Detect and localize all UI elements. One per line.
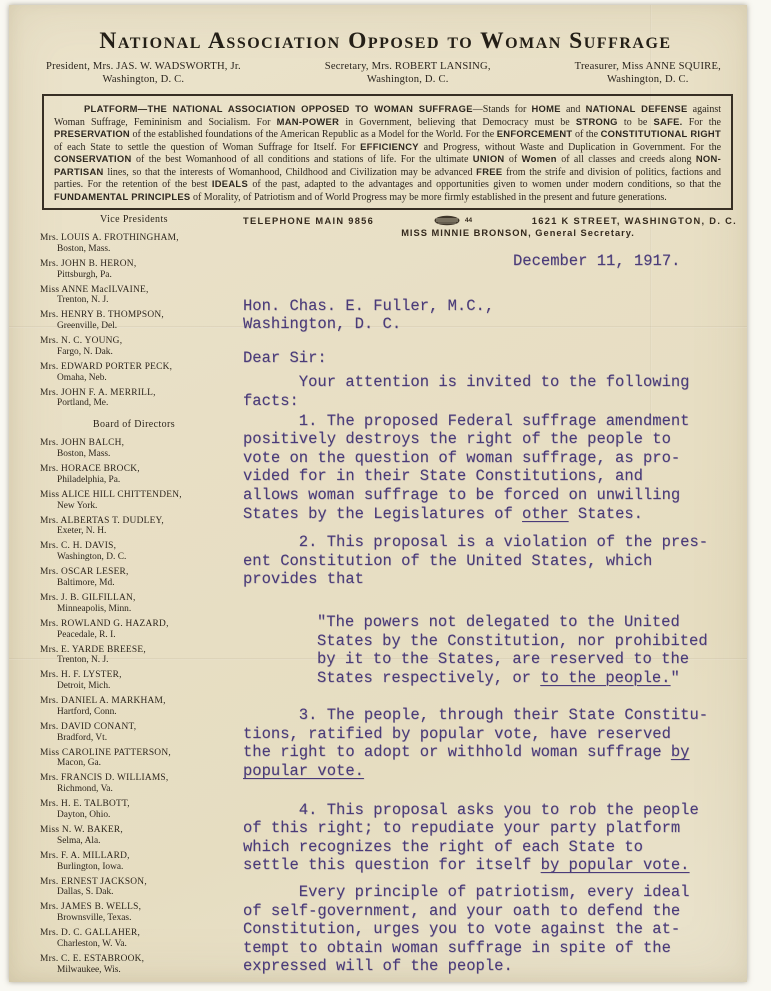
roster-name: Mrs. H. E. TALBOTT,: [34, 799, 234, 810]
list-item: Mrs. ALBERTAS T. DUDLEY,Exeter, N. H.: [34, 516, 234, 538]
roster-name: Mrs. E. YARDE BREESE,: [34, 645, 234, 656]
vice-presidents-list: Mrs. LOUIS A. FROTHINGHAM,Boston, Mass.M…: [34, 233, 234, 409]
platform-box: PLATFORM—THE NATIONAL ASSOCIATION OPPOSE…: [42, 94, 733, 210]
roster-city: Boston, Mass.: [34, 244, 234, 255]
platform-segment: PLATFORM—THE NATIONAL ASSOCIATION OPPOSE…: [84, 103, 473, 114]
roster-city: Charleston, W. Va.: [34, 939, 234, 950]
roster-city: Baltimore, Md.: [34, 578, 234, 589]
roster-name: Mrs. F. A. MILLARD,: [34, 851, 234, 862]
platform-segment: lines, so that the interests of Womanhoo…: [104, 167, 477, 178]
list-item: Mrs. C. E. ESTABROOK,Milwaukee, Wis.: [34, 954, 234, 976]
platform-text: PLATFORM—THE NATIONAL ASSOCIATION OPPOSE…: [54, 103, 721, 203]
officer-city: Washington, D. C.: [46, 74, 241, 87]
roster-city: Macon, Ga.: [34, 758, 234, 769]
page-title: National Association Opposed to Woman Su…: [0, 28, 771, 55]
list-item: Mrs. EDWARD PORTER PECK,Omaha, Neb.: [34, 362, 234, 384]
list-item: Mrs. J. B. GILFILLAN,Minneapolis, Minn.: [34, 593, 234, 615]
roster-city: Milwaukee, Wis.: [34, 965, 234, 976]
list-item: Miss N. W. BAKER,Selma, Ala.: [34, 825, 234, 847]
list-item: Mrs. JOHN F. A. MERRILL,Portland, Me.: [34, 388, 234, 410]
list-item: Mrs. OSCAR LESER,Baltimore, Md.: [34, 567, 234, 589]
platform-segment: of the established foundations of the Am…: [130, 129, 497, 140]
roster-name: Mrs. OSCAR LESER,: [34, 567, 234, 578]
roster-name: Mrs. C. E. ESTABROOK,: [34, 954, 234, 965]
officers-roster-sidebar: Vice Presidents Mrs. LOUIS A. FROTHINGHA…: [34, 214, 234, 980]
platform-segment: IDEALS: [212, 178, 248, 189]
roster-name: Mrs. LOUIS A. FROTHINGHAM,: [34, 233, 234, 244]
roster-city: Brownsville, Texas.: [34, 913, 234, 924]
list-item: Miss CAROLINE PATTERSON,Macon, Ga.: [34, 748, 234, 770]
letterhead-content: National Association Opposed to Woman Su…: [0, 0, 771, 991]
letter-paragraph: 4. This proposal asks you to rob the peo…: [243, 801, 759, 875]
letter-text-segment: Every principle of patriotism, every ide…: [243, 883, 689, 975]
roster-name: Mrs. HORACE BROCK,: [34, 464, 234, 475]
letter-paragraph: Your attention is invited to the followi…: [243, 373, 759, 410]
roster-city: Trenton, N. J.: [34, 655, 234, 666]
platform-segment: of all classes and creeds along: [557, 154, 696, 165]
platform-segment: of the past, adapted to the advantages a…: [248, 179, 721, 190]
roster-city: Minneapolis, Minn.: [34, 604, 234, 615]
roster-name: Mrs. JOHN F. A. MERRILL,: [34, 388, 234, 399]
telephone-label: TELEPHONE MAIN 9856: [243, 216, 374, 226]
letter-text-segment: 2. This proposal is a violation of the p…: [243, 533, 708, 588]
officer-role-name: President, Mrs. JAS. W. WADSWORTH, Jr.: [46, 61, 241, 74]
letter-text-segment: 3. The people, through their State Const…: [243, 706, 708, 761]
general-secretary-line: MISS MINNIE BRONSON, General Secretary.: [243, 228, 737, 238]
officer: Treasurer, Miss ANNE SQUIRE,Washington, …: [575, 61, 721, 86]
roster-name: Mrs. ALBERTAS T. DUDLEY,: [34, 516, 234, 527]
platform-segment: and Progress, without Waste and Duplicat…: [419, 142, 721, 153]
roster-city: Detroit, Mich.: [34, 681, 234, 692]
platform-segment: SAFE.: [653, 116, 682, 127]
letter-quote-paragraph: "The powers not delegated to the United …: [243, 613, 759, 687]
list-item: Mrs. FRANCIS D. WILLIAMS,Richmond, Va.: [34, 773, 234, 795]
letter-address: Hon. Chas. E. Fuller, M.C., Washington, …: [243, 297, 759, 334]
platform-segment: to be: [618, 117, 654, 128]
list-item: Mrs. C. H. DAVIS,Washington, D. C.: [34, 541, 234, 563]
roster-name: Mrs. H. F. LYSTER,: [34, 670, 234, 681]
roster-city: Burlington, Iowa.: [34, 862, 234, 873]
roster-name: Mrs. JOHN B. HERON,: [34, 259, 234, 270]
list-item: Mrs. ROWLAND G. HAZARD,Peacedale, R. I.: [34, 619, 234, 641]
list-item: Mrs. H. F. LYSTER,Detroit, Mich.: [34, 670, 234, 692]
roster-name: Miss ALICE HILL CHITTENDEN,: [34, 490, 234, 501]
platform-segment: in Government, believing that Democracy …: [339, 117, 576, 128]
platform-segment: and: [561, 104, 586, 115]
platform-segment: For the: [683, 117, 721, 128]
letter-text-segment: to the people.: [540, 669, 670, 687]
letter-text-segment: Your attention is invited to the followi…: [243, 373, 689, 410]
board-of-directors-list: Mrs. JOHN BALCH,Boston, Mass.Mrs. HORACE…: [34, 438, 234, 975]
letter-text-segment: States.: [569, 505, 643, 523]
roster-name: Mrs. DANIEL A. MARKHAM,: [34, 696, 234, 707]
platform-segment: EFFICIENCY: [360, 141, 419, 152]
street-address: 1621 K STREET, WASHINGTON, D. C.: [532, 216, 737, 226]
list-item: Mrs. JOHN B. HERON,Pittsburgh, Pa.: [34, 259, 234, 281]
roster-city: Pittsburgh, Pa.: [34, 270, 234, 281]
roster-city: Washington, D. C.: [34, 552, 234, 563]
platform-segment: CONSTITUTIONAL RIGHT: [601, 128, 721, 139]
list-item: Mrs. DANIEL A. MARKHAM,Hartford, Conn.: [34, 696, 234, 718]
platform-segment: of the best Womanhood of all conditions …: [132, 154, 473, 165]
officer-city: Washington, D. C.: [325, 74, 491, 87]
list-item: Miss ANNE MacILVAINE,Trenton, N. J.: [34, 285, 234, 307]
contact-row: TELEPHONE MAIN 9856 44 1621 K STREET, WA…: [243, 215, 737, 238]
roster-city: Peacedale, R. I.: [34, 630, 234, 641]
platform-segment: CONSERVATION: [54, 153, 132, 164]
union-bug-number: 44: [465, 217, 472, 224]
letter-salutation: Dear Sir:: [243, 349, 759, 368]
list-item: Mrs. H. E. TALBOTT,Dayton, Ohio.: [34, 799, 234, 821]
roster-name: Mrs. JAMES B. WELLS,: [34, 902, 234, 913]
list-item: Mrs. N. C. YOUNG,Fargo, N. Dak.: [34, 336, 234, 358]
officers-row: President, Mrs. JAS. W. WADSWORTH, Jr.Wa…: [46, 61, 721, 86]
letter-text-segment: by popular vote.: [541, 856, 690, 874]
letter-body: December 11, 1917.Hon. Chas. E. Fuller, …: [243, 252, 759, 976]
roster-city: Omaha, Neb.: [34, 373, 234, 384]
list-item: Mrs. HENRY B. THOMPSON,Greenville, Del.: [34, 310, 234, 332]
officer-role-name: Secretary, Mrs. ROBERT LANSING,: [325, 61, 491, 74]
roster-name: Mrs. C. H. DAVIS,: [34, 541, 234, 552]
vice-presidents-heading: Vice Presidents: [34, 214, 234, 225]
printers-union-label-icon: 44: [434, 215, 472, 226]
roster-city: Selma, Ala.: [34, 836, 234, 847]
roster-name: Mrs. DAVID CONANT,: [34, 722, 234, 733]
list-item: Mrs. LOUIS A. FROTHINGHAM,Boston, Mass.: [34, 233, 234, 255]
platform-segment: ENFORCEMENT: [497, 128, 573, 139]
roster-city: Fargo, N. Dak.: [34, 347, 234, 358]
roster-city: Trenton, N. J.: [34, 295, 234, 306]
platform-segment: FREE: [476, 166, 502, 177]
roster-name: Mrs. EDWARD PORTER PECK,: [34, 362, 234, 373]
roster-city: Bradford, Vt.: [34, 733, 234, 744]
letter-paragraph: 3. The people, through their State Const…: [243, 706, 759, 780]
platform-segment: of each State to settle the question of …: [54, 142, 360, 153]
scanned-letter-page: National Association Opposed to Woman Su…: [0, 0, 771, 991]
roster-city: Portland, Me.: [34, 398, 234, 409]
list-item: Mrs. F. A. MILLARD,Burlington, Iowa.: [34, 851, 234, 873]
roster-city: Hartford, Conn.: [34, 707, 234, 718]
platform-segment: of Morality, of Patriotism and of World …: [190, 192, 666, 203]
roster-name: Mrs. J. B. GILFILLAN,: [34, 593, 234, 604]
list-item: Mrs. E. YARDE BREESE,Trenton, N. J.: [34, 645, 234, 667]
roster-name: Mrs. ROWLAND G. HAZARD,: [34, 619, 234, 630]
roster-name: Miss ANNE MacILVAINE,: [34, 285, 234, 296]
roster-city: Dayton, Ohio.: [34, 810, 234, 821]
letter-paragraph: 1. The proposed Federal suffrage amendme…: [243, 412, 759, 524]
roster-city: Philadelphia, Pa.: [34, 475, 234, 486]
letter-paragraph: Every principle of patriotism, every ide…: [243, 883, 759, 976]
board-of-directors-heading: Board of Directors: [34, 419, 234, 430]
roster-name: Mrs. N. C. YOUNG,: [34, 336, 234, 347]
list-item: Mrs. DAVID CONANT,Bradford, Vt.: [34, 722, 234, 744]
list-item: Mrs. D. C. GALLAHER,Charleston, W. Va.: [34, 928, 234, 950]
roster-city: Dallas, S. Dak.: [34, 887, 234, 898]
platform-segment: STRONG: [576, 116, 618, 127]
list-item: Mrs. HORACE BROCK,Philadelphia, Pa.: [34, 464, 234, 486]
contact-line-1: TELEPHONE MAIN 9856 44 1621 K STREET, WA…: [243, 215, 737, 226]
letter-text-segment: ": [670, 669, 679, 687]
platform-segment: MAN-POWER: [277, 116, 340, 127]
letter-date: December 11, 1917.: [513, 252, 759, 271]
platform-segment: FUNDAMENTAL PRINCIPLES: [54, 191, 190, 202]
list-item: Mrs. JOHN BALCH,Boston, Mass.: [34, 438, 234, 460]
list-item: Miss ALICE HILL CHITTENDEN,New York.: [34, 490, 234, 512]
officer: President, Mrs. JAS. W. WADSWORTH, Jr.Wa…: [46, 61, 241, 86]
officer-city: Washington, D. C.: [575, 74, 721, 87]
roster-name: Miss N. W. BAKER,: [34, 825, 234, 836]
platform-segment: HOME: [531, 103, 560, 114]
roster-name: Miss CAROLINE PATTERSON,: [34, 748, 234, 759]
platform-segment: PRESERVATION: [54, 128, 130, 139]
roster-name: Mrs. HENRY B. THOMPSON,: [34, 310, 234, 321]
letter-paragraph: 2. This proposal is a violation of the p…: [243, 533, 759, 589]
roster-city: Greenville, Del.: [34, 321, 234, 332]
roster-city: Richmond, Va.: [34, 784, 234, 795]
platform-segment: of the: [572, 129, 600, 140]
union-bug-ellipse-icon: [434, 215, 464, 226]
officer: Secretary, Mrs. ROBERT LANSING,Washingto…: [325, 61, 491, 86]
platform-segment: of: [505, 154, 522, 165]
roster-name: Mrs. FRANCIS D. WILLIAMS,: [34, 773, 234, 784]
platform-segment: Women: [522, 153, 557, 164]
roster-city: Boston, Mass.: [34, 449, 234, 460]
officer-role-name: Treasurer, Miss ANNE SQUIRE,: [575, 61, 721, 74]
roster-name: Mrs. JOHN BALCH,: [34, 438, 234, 449]
roster-name: Mrs. ERNEST JACKSON,: [34, 877, 234, 888]
list-item: Mrs. JAMES B. WELLS,Brownsville, Texas.: [34, 902, 234, 924]
letter-text-segment: other: [522, 505, 569, 523]
roster-city: Exeter, N. H.: [34, 526, 234, 537]
roster-city: New York.: [34, 501, 234, 512]
roster-name: Mrs. D. C. GALLAHER,: [34, 928, 234, 939]
platform-segment: UNION: [473, 153, 505, 164]
list-item: Mrs. ERNEST JACKSON,Dallas, S. Dak.: [34, 877, 234, 899]
platform-segment: —Stands for: [473, 104, 532, 115]
platform-segment: NATIONAL DEFENSE: [586, 103, 688, 114]
